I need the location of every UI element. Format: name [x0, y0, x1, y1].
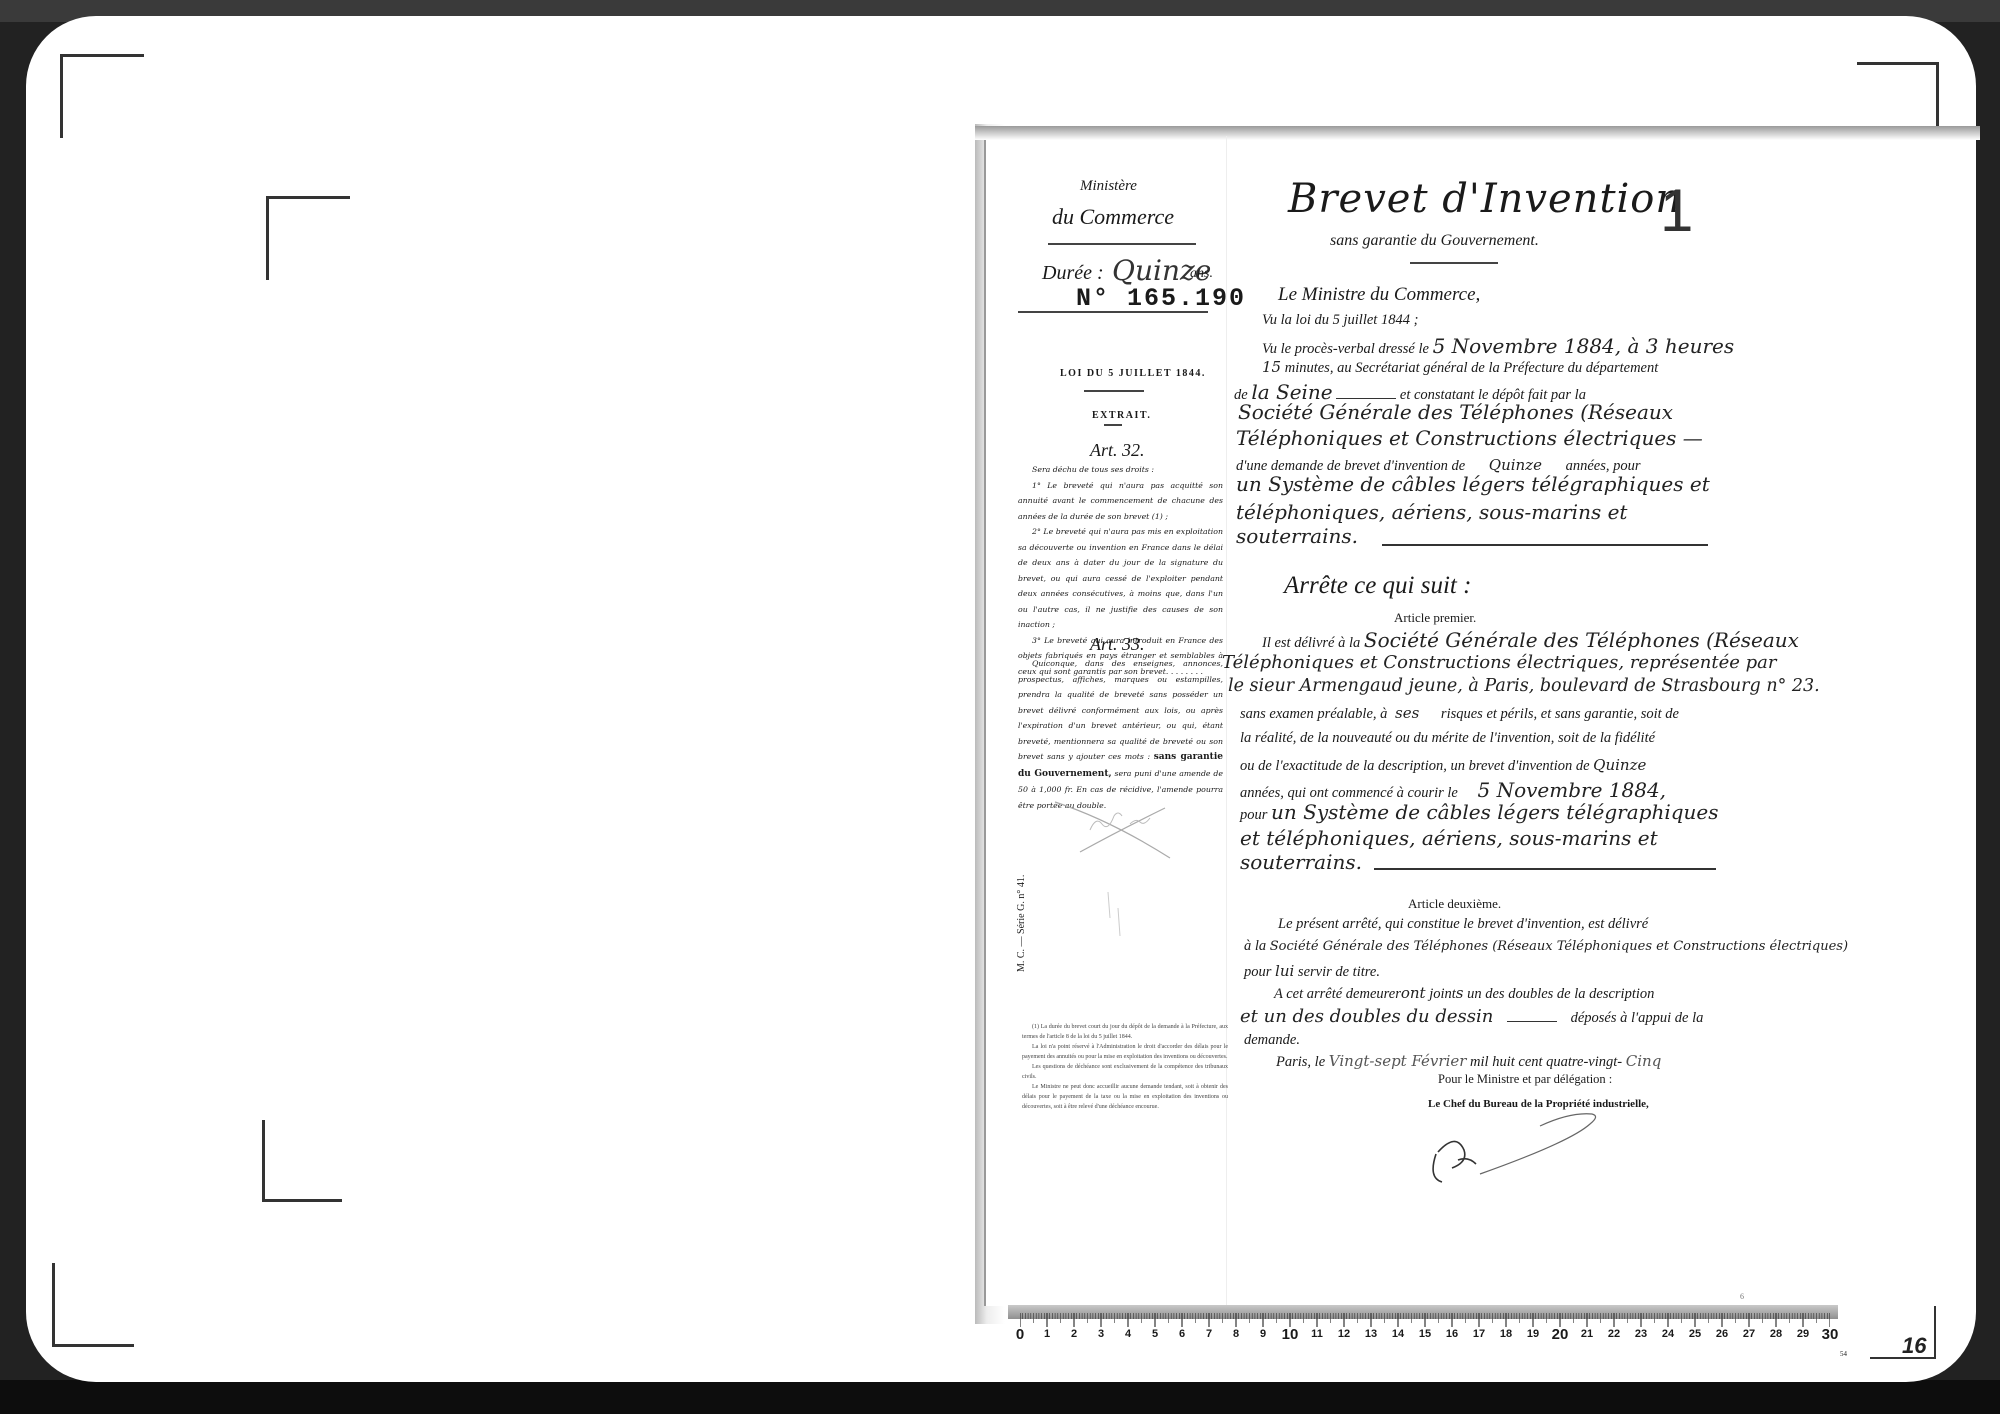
delegation-line: Pour le Ministre et par délégation :: [1438, 1072, 1612, 1087]
closing-date-line: Paris, le Vingt-sept Février mil huit ce…: [1276, 1052, 1661, 1071]
ruler-label: 11: [1311, 1328, 1323, 1340]
article-1-line: la réalité, de la nouveauté ou du mérite…: [1240, 730, 1655, 747]
ruler-label: 30: [1822, 1326, 1839, 1343]
handwritten-invention: souterrains.: [1236, 524, 1358, 548]
pencil-annotation: [1050, 790, 1190, 860]
ruler-label: 20: [1552, 1326, 1569, 1343]
crop-mark-bottom-left-inner: [262, 1120, 342, 1202]
extract-label: EXTRAIT.: [1092, 410, 1151, 421]
handwritten-applicant: Société Générale des Téléphones (Réseaux: [1238, 400, 1673, 424]
duree-label: Durée :: [1042, 262, 1104, 285]
ruler-ticks: [1020, 1313, 1830, 1327]
ruler-label: 1: [1044, 1328, 1050, 1340]
article-1-line: Il est délivré à la Société Générale des…: [1262, 628, 1799, 652]
handwritten-sheet-number: 1: [1660, 176, 1693, 245]
footnote: Les questions de déchéance sont exclusiv…: [1022, 1062, 1228, 1082]
scanner-background-bottom: [0, 1380, 2000, 1414]
ruler-label: 8: [1233, 1328, 1239, 1340]
ruler-label: 24: [1662, 1328, 1674, 1340]
patent-number: N° 165.190: [1076, 284, 1246, 313]
measurement-ruler: 0123456789101112131415161718192021222324…: [1008, 1305, 1838, 1350]
ruler-label: 17: [1473, 1328, 1485, 1340]
form-code: M. C. — Série G. n° 41.: [1016, 875, 1027, 972]
document-top-edge: [975, 126, 1980, 140]
article-33-heading: Art. 33.: [1090, 634, 1145, 655]
article-33-text-before: Quiconque, dans des enseignes, annonces,…: [1018, 659, 1223, 761]
ruler-label: 16: [1446, 1328, 1458, 1340]
ruler-label: 0: [1016, 1326, 1024, 1343]
ruler-label: 21: [1581, 1328, 1593, 1340]
article-1-line: Téléphoniques et Constructions électriqu…: [1222, 652, 1776, 673]
ornament-rule: [1104, 424, 1122, 426]
ruler-top-mark: 6: [1740, 1292, 1744, 1301]
ornament-rule: [1410, 262, 1498, 264]
ministere-label: Ministère: [1080, 178, 1137, 195]
crop-mark-bottom-left-outer: [52, 1263, 134, 1347]
article-2-line: Le présent arrêté, qui constitue le brev…: [1278, 916, 1648, 933]
article-1-line: souterrains.: [1240, 850, 1362, 874]
article-32-intro: Sera déchu de tous ses droits :: [1018, 462, 1223, 478]
ruler-label: 15: [1419, 1328, 1431, 1340]
article-2-line: demande.: [1244, 1032, 1300, 1049]
article-2-line: à la Société Générale des Téléphones (Ré…: [1244, 938, 1848, 955]
article-2-line: pour lui servir de titre.: [1244, 962, 1380, 981]
ruler-label: 2: [1071, 1328, 1077, 1340]
ruler-code: 54: [1840, 1350, 1847, 1358]
article-32-item: 2° Le breveté qui n'aura pas mis en expl…: [1018, 524, 1223, 633]
ruler-label: 22: [1608, 1328, 1620, 1340]
ruler-label: 7: [1206, 1328, 1212, 1340]
article-1-line: sans examen préalable, à ses risques et …: [1240, 704, 1679, 723]
article-1-line: ou de l'exactitude de la description, un…: [1240, 756, 1646, 775]
article-2-line: A cet arrêté demeureront joints un des d…: [1274, 984, 1654, 1003]
ruler-label: 28: [1770, 1328, 1782, 1340]
ruler-label: 13: [1365, 1328, 1377, 1340]
article-1-title: Article premier.: [1394, 610, 1476, 626]
signature: [1420, 1112, 1610, 1192]
article-1-line: le sieur Armengaud jeune, à Paris, boule…: [1228, 676, 1820, 696]
crop-mark-top-left-outer: [60, 54, 144, 138]
ruler-label: 14: [1392, 1328, 1404, 1340]
ruler-label: 3: [1098, 1328, 1104, 1340]
pencil-mark: [1104, 888, 1128, 940]
page-number: 16: [1902, 1333, 1926, 1359]
document-subtitle: sans garantie du Gouvernement.: [1330, 232, 1539, 250]
article-2-title: Article deuxième.: [1408, 896, 1501, 912]
ruler-label: 19: [1527, 1328, 1539, 1340]
ruler-label: 9: [1260, 1328, 1266, 1340]
fill-rule: [1374, 868, 1716, 870]
ruler-label: 4: [1125, 1328, 1131, 1340]
ministre-heading: Le Ministre du Commerce,: [1278, 284, 1480, 306]
handwritten-applicant: Téléphoniques et Constructions électriqu…: [1236, 426, 1703, 450]
footnotes: (1) La durée du brevet court du jour du …: [1022, 1022, 1228, 1112]
article-1-line: pour un Système de câbles légers télégra…: [1240, 800, 1719, 824]
preamble-line: Vu le procès-verbal dressé le 5 Novembre…: [1262, 334, 1734, 358]
ruler-label: 23: [1635, 1328, 1647, 1340]
preamble-line: Vu la loi du 5 juillet 1844 ;: [1262, 312, 1418, 329]
footnote: Le Ministre ne peut donc accueillir aucu…: [1022, 1082, 1228, 1112]
handwritten-invention: téléphoniques, aériens, sous-marins et: [1236, 500, 1627, 524]
ruler-label: 26: [1716, 1328, 1728, 1340]
fill-rule: [1382, 544, 1708, 546]
ruler-label: 27: [1743, 1328, 1755, 1340]
footnote: (1) La durée du brevet court du jour du …: [1022, 1022, 1228, 1042]
arrete-heading: Arrête ce qui suit :: [1284, 572, 1471, 600]
ruler-label: 25: [1689, 1328, 1701, 1340]
ruler-label: 12: [1338, 1328, 1350, 1340]
ornament-rule: [1084, 390, 1144, 392]
duree-unit: ans.: [1190, 266, 1213, 282]
du-commerce-label: du Commerce: [1052, 204, 1174, 230]
law-title: LOI DU 5 JUILLET 1844.: [1060, 368, 1206, 379]
bureau-chief-line: Le Chef du Bureau de la Propriété indust…: [1428, 1098, 1649, 1110]
ruler-label: 29: [1797, 1328, 1809, 1340]
divider-rule: [1018, 311, 1208, 313]
ruler-label: 6: [1179, 1328, 1185, 1340]
handwritten-date: 5 Novembre 1884, à 3 heures: [1433, 334, 1735, 358]
document-title: Brevet d'Invention: [1288, 176, 1682, 222]
article-32-item: 1° Le breveté qui n'aura pas acquitté so…: [1018, 478, 1223, 525]
article-2-line: et un des doubles du dessin déposés à l'…: [1240, 1006, 1703, 1027]
handwritten-invention: un Système de câbles légers télégraphiqu…: [1236, 472, 1710, 496]
ruler-label: 5: [1152, 1328, 1158, 1340]
footnote: La loi n'a point réservé à l'Administrat…: [1022, 1042, 1228, 1062]
article-1-line: et téléphoniques, aériens, sous-marins e…: [1240, 826, 1658, 850]
article-1-line: années, qui ont commencé à courir le 5 N…: [1240, 778, 1666, 802]
ruler-label: 18: [1500, 1328, 1512, 1340]
ruler-label: 10: [1282, 1326, 1299, 1343]
article-32-heading: Art. 32.: [1090, 440, 1145, 461]
preamble-line: 15 minutes, au Secrétariat général de la…: [1262, 358, 1658, 377]
crop-mark-top-left-inner: [266, 196, 350, 280]
ornament-rule: [1048, 243, 1196, 245]
